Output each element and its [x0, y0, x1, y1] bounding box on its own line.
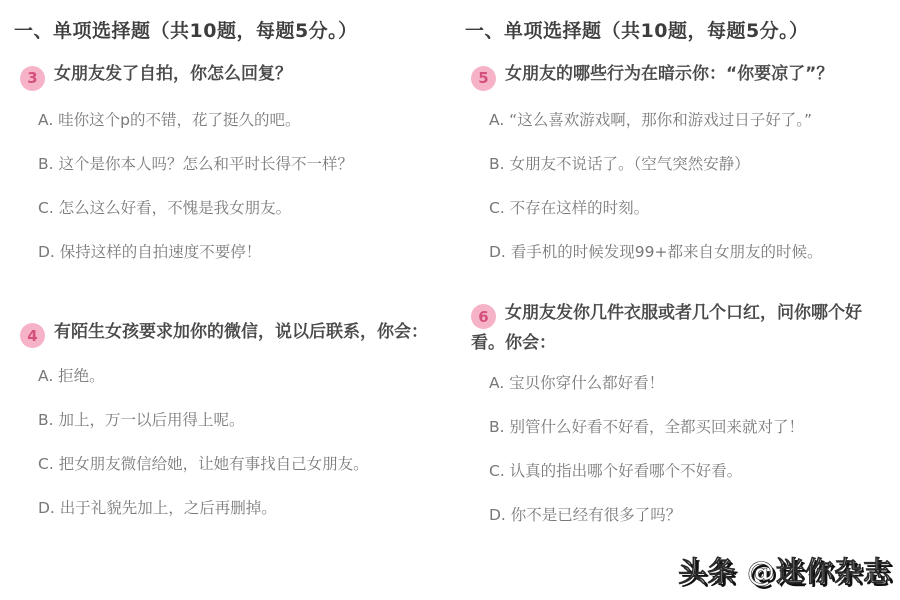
question-3-option-b: B. 这个是你本人吗？怎么和平时长得不一样？ [38, 153, 452, 176]
question-4-text: 有陌生女孩要求加你的微信，说以后联系，你会： [54, 322, 428, 342]
question-6-option-d: D. 你不是已经有很多了吗？ [489, 504, 895, 527]
question-3-number-badge: 3 [20, 66, 45, 91]
question-6-option-c: C. 认真的指出哪个好看哪个不好看。 [489, 460, 895, 483]
question-5-option-d: D. 看手机的时候发现99+都来自女朋友的时候。 [489, 241, 895, 264]
question-5-number-badge: 5 [471, 66, 496, 91]
question-5-option-a: A. “这么喜欢游戏啊，那你和游戏过日子好了。” [489, 109, 895, 132]
question-4-option-d: D. 出于礼貌先加上，之后再删掉。 [38, 497, 452, 520]
question-6-number-badge: 6 [471, 304, 496, 329]
section-header-right: 一、单项选择题（共10题，每题5分。） [465, 19, 895, 43]
quiz-column-right: 一、单项选择题（共10题，每题5分。） 5女朋友的哪些行为在暗示你：“你要凉了”… [465, 19, 895, 527]
question-6: 6女朋友发你几件衣服或者几个口红，问你哪个好看。你会： [471, 299, 893, 358]
question-6-option-b: B. 别管什么好看不好看，全都买回来就对了！ [489, 416, 895, 439]
toutiao-watermark: 头条 @迷你杂志 [678, 550, 892, 590]
question-3: 3女朋友发了自拍，你怎么回复？ [20, 60, 452, 91]
question-4-option-a: A. 拒绝。 [38, 365, 452, 388]
question-6-text: 女朋友发你几件衣服或者几个口红，问你哪个好看。你会： [471, 303, 862, 354]
question-5-text: 女朋友的哪些行为在暗示你：“你要凉了”？ [505, 64, 833, 84]
section-header-left: 一、单项选择题（共10题，每题5分。） [14, 19, 452, 43]
question-3-option-a: A. 哇你这个p的不错，花了挺久的吧。 [38, 109, 452, 132]
question-3-option-c: C. 怎么这么好看，不愧是我女朋友。 [38, 197, 452, 220]
question-3-text: 女朋友发了自拍，你怎么回复？ [54, 64, 292, 84]
question-5: 5女朋友的哪些行为在暗示你：“你要凉了”？ [471, 60, 893, 91]
question-4-number-badge: 4 [20, 323, 45, 348]
question-4: 4有陌生女孩要求加你的微信，说以后联系，你会： [20, 318, 452, 349]
question-5-option-c: C. 不存在这样的时刻。 [489, 197, 895, 220]
question-5-option-b: B. 女朋友不说话了。（空气突然安静） [489, 153, 895, 176]
question-3-option-d: D. 保持这样的自拍速度不要停！ [38, 241, 452, 264]
quiz-page: 一、单项选择题（共10题，每题5分。） 3女朋友发了自拍，你怎么回复？ A. 哇… [0, 0, 900, 600]
question-6-option-a: A. 宝贝你穿什么都好看！ [489, 372, 895, 395]
question-4-option-b: B. 加上，万一以后用得上呢。 [38, 409, 452, 432]
quiz-column-left: 一、单项选择题（共10题，每题5分。） 3女朋友发了自拍，你怎么回复？ A. 哇… [14, 19, 452, 520]
question-4-option-c: C. 把女朋友微信给她，让她有事找自己女朋友。 [38, 453, 452, 476]
